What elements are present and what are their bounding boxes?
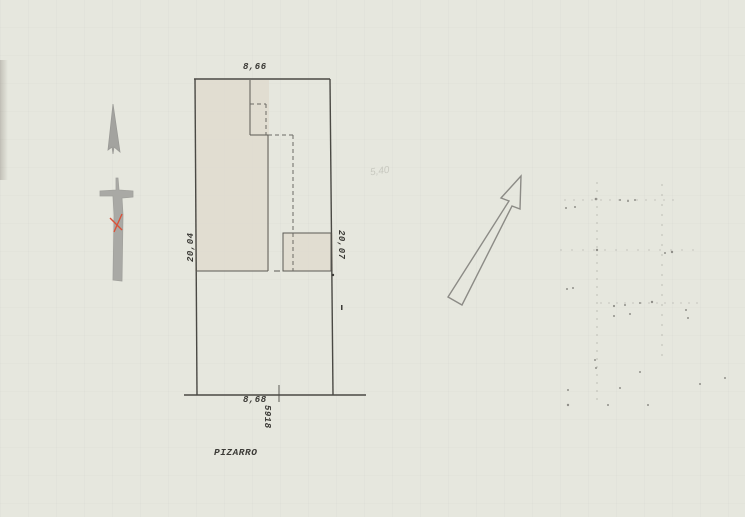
paper-sheet: 8,66 8,68 20,04 20,07 5918 PIZARRO 5,40: [0, 0, 745, 517]
orientation-arrow-icon: [448, 176, 521, 305]
street-name: PIZARRO: [214, 447, 257, 458]
street-number: 5918: [262, 405, 272, 429]
erased-sketch: [560, 182, 726, 406]
site-plan-drawing: [0, 0, 745, 517]
small-marks: [332, 274, 343, 310]
left-depth-dimension: 20,04: [186, 232, 196, 262]
bottom-width-dimension: 8,68: [243, 395, 267, 405]
right-depth-dimension: 20,07: [336, 230, 346, 260]
top-width-dimension: 8,66: [243, 62, 267, 72]
north-arrow-icon: [100, 104, 133, 281]
built-area: [195, 80, 333, 271]
